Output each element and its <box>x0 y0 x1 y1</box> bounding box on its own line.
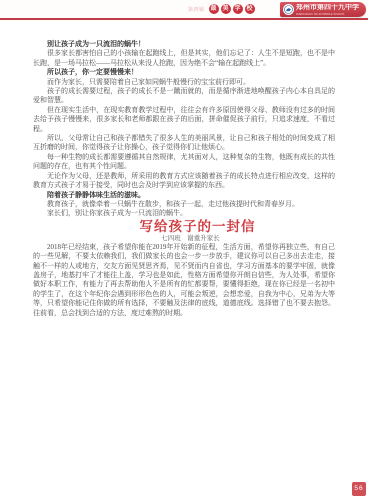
header-rule <box>0 18 368 20</box>
magazine-page: 第四辑 最 美 学 校 郑州市第四十九中学 ZHENGZHOU NO.49 MI… <box>0 0 368 500</box>
article1-paragraph: 无论作为父母，还是教师，所采用的教育方式应该随着孩子的成长特点进行相应改变，这样… <box>33 172 335 191</box>
article1-paragraph: 每一种生物的成长都需要遵循其自然规律，尤其面对人，这种复杂的生物，他既有成长的共… <box>33 153 335 172</box>
badge-zui: 最 <box>209 4 219 14</box>
article1-paragraph: 所以，父母常让自己和孩子都错失了很多人生的美丽风景，让自己和孩子相处的时间变成了… <box>33 134 335 153</box>
article2-title: 写给孩子的一封信 <box>33 219 335 235</box>
article1-paragraph: 陪着孩子静静体味生活的滋味。 <box>33 191 335 200</box>
school-ribbon: 郑州市第四十九中学 ZHENGZHOU NO.49 MIDDLE SCHOOL <box>280 2 366 17</box>
article1-paragraph: 教育孩子，就像牵着一只蜗牛在散步，和孩子一起，走过他孩提时代和青春岁月。 <box>33 200 335 209</box>
page-number-badge: 56 <box>352 482 366 496</box>
article2-byline: 七四班 谢重升家长 <box>33 235 335 243</box>
page-header: 第四辑 最 美 学 校 郑州市第四十九中学 ZHENGZHOU NO.49 MI… <box>0 0 368 22</box>
article2-paragraph: 2018年已经结束，孩子希望你能在2019年开始新的征程，生活方面，希望你再独立… <box>33 243 335 318</box>
header-badge-row: 第四辑 最 美 学 校 <box>188 4 255 14</box>
article1-paragraph: 别让孩子成为一只流泪的蜗牛！ <box>33 40 335 49</box>
article1-paragraph: 而作为家长，只需要陪着自己家如同蜗牛般慢行的宝宝前行即可。 <box>33 78 335 87</box>
article1-paragraph: 很多家长都害怕自己的小孩输在起跑线上，但是其实，他们忘记了：人生不是短跑，也不是… <box>33 49 335 68</box>
school-name-en: ZHENGZHOU NO.49 MIDDLE SCHOOL <box>296 12 353 16</box>
article1-paragraph: 所以孩子，你一定要慢慢来！ <box>33 68 335 77</box>
article1-paragraph: 但在现实生活中，在现实教育教学过程中，往往会有许多原因使得父母、教师没有过多的时… <box>33 106 335 134</box>
badge-xue: 学 <box>233 4 243 14</box>
badge-mei: 美 <box>221 4 231 14</box>
edition-label: 第四辑 <box>188 6 205 13</box>
badge-xiao: 校 <box>245 4 255 14</box>
page-content: 别让孩子成为一只流泪的蜗牛！ 很多家长都害怕自己的小孩输在起跑线上，但是其实，他… <box>33 40 335 318</box>
article1-paragraph: 孩子的成长需要过程，孩子的成长不是一蹴而就的，而是循序渐进地唤醒孩子内心本自具足… <box>33 87 335 106</box>
ribbon-text: 郑州市第四十九中学 ZHENGZHOU NO.49 MIDDLE SCHOOL <box>296 4 359 16</box>
school-logo-icon <box>283 4 294 15</box>
article1-paragraph: 家长们，别让你家孩子成为一只流泪的蜗牛。 <box>33 209 335 218</box>
school-name: 郑州市第四十九中学 <box>296 4 359 12</box>
